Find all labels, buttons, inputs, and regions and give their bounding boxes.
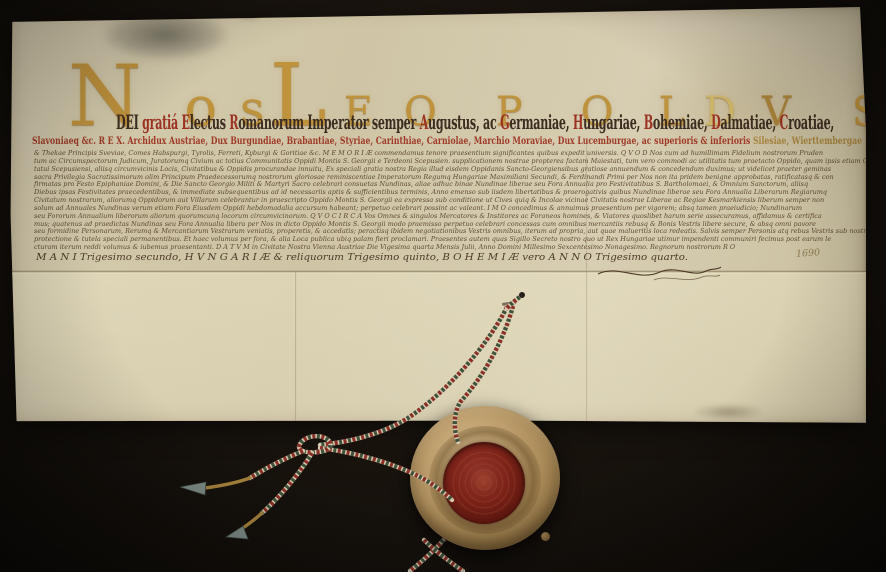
subtitle-word: G	[500, 110, 509, 134]
cord-strand	[250, 451, 303, 478]
subtitle-word: H	[573, 110, 583, 134]
subtitle-word: B	[644, 110, 653, 134]
photograph-background: NosLEOPOLDVS DEI gratiá Electus Romanoru…	[0, 0, 886, 572]
subtitle-word: lectus	[190, 110, 230, 134]
subtitle-word: semper	[372, 110, 420, 134]
dark-spot-stain	[234, 6, 264, 20]
royal-style-red-text: Slavoniaeq &c. R E X. Archidux Austriae,…	[32, 135, 750, 147]
cord-strand	[299, 436, 330, 452]
red-wax-seal-imprint	[443, 442, 525, 524]
capsule-nub	[541, 532, 550, 541]
cord-strand	[250, 451, 303, 478]
flourish-stroke	[598, 267, 721, 275]
tassel-shaft-gold	[205, 478, 250, 488]
wax-seal-capsule	[410, 406, 560, 550]
parchment-charter: NosLEOPOLDVS DEI gratiá Electus Romanoru…	[8, 6, 866, 424]
subtitle-word: gratiá	[142, 110, 181, 134]
vertical-crease	[295, 272, 297, 421]
datum-closing-line: M A N I Trigesimo secundo, H V N G A R I…	[36, 252, 688, 263]
subtitle-word: ugustus,	[428, 110, 483, 134]
subtitle-word: A	[420, 110, 428, 134]
subtitle-word: almatiae,	[720, 110, 779, 134]
tassel-tip	[180, 482, 206, 495]
subtitle-word: R	[229, 110, 238, 134]
subtitle-word: E	[182, 110, 190, 134]
subtitle-word: ungariae,	[583, 110, 644, 134]
charter-body-text: & Thekae Principis Sveviae, Comes Habspu…	[34, 150, 846, 252]
subtitle-word: DEI	[116, 110, 142, 134]
subtitle-word: ohemiae,	[653, 110, 711, 134]
cord-knot	[299, 436, 330, 452]
subtitle-word: roatiae,	[788, 110, 834, 134]
manuscript-line: cturam iterum reddi volumus & iubemus pr…	[34, 244, 844, 252]
subtitle-word: omanorum	[238, 110, 307, 134]
subtitle-word: ac	[483, 110, 500, 134]
subtitle-word: D	[711, 110, 720, 134]
parchment-wrap: NosLEOPOLDVS DEI gratiá Electus Romanoru…	[8, 6, 866, 424]
archival-year-annotation: 1690	[796, 247, 821, 260]
title-letter: S	[852, 89, 879, 135]
subtitle-word: ermaniae,	[509, 110, 573, 134]
tassel-cord-lower	[262, 453, 312, 513]
cord-strand	[262, 453, 312, 513]
tassel-shaft-gold	[238, 513, 262, 531]
subtitle-word: C	[780, 110, 789, 134]
cord-strand	[262, 453, 312, 513]
subtitle-imperial-style: DEI gratiá Electus Romanorum Imperator s…	[116, 110, 834, 134]
tassel-cord-upper	[250, 451, 303, 478]
cord-strand	[299, 436, 330, 452]
calligraphic-flourish	[594, 262, 724, 286]
subtitle-word: Imperator	[307, 110, 371, 134]
cord-strand	[299, 436, 330, 452]
tassel-tip	[226, 526, 248, 539]
cord-strand	[262, 453, 312, 513]
subtitle-royal-style: Slavoniaeq &c. R E X. Archidux Austriae,…	[32, 135, 862, 147]
royal-style-gold-text: Silesiae, Wierttembergae	[750, 135, 862, 147]
plica-folded-strip	[8, 272, 866, 423]
cord-strand	[250, 451, 303, 478]
flourish-stroke	[654, 275, 720, 280]
